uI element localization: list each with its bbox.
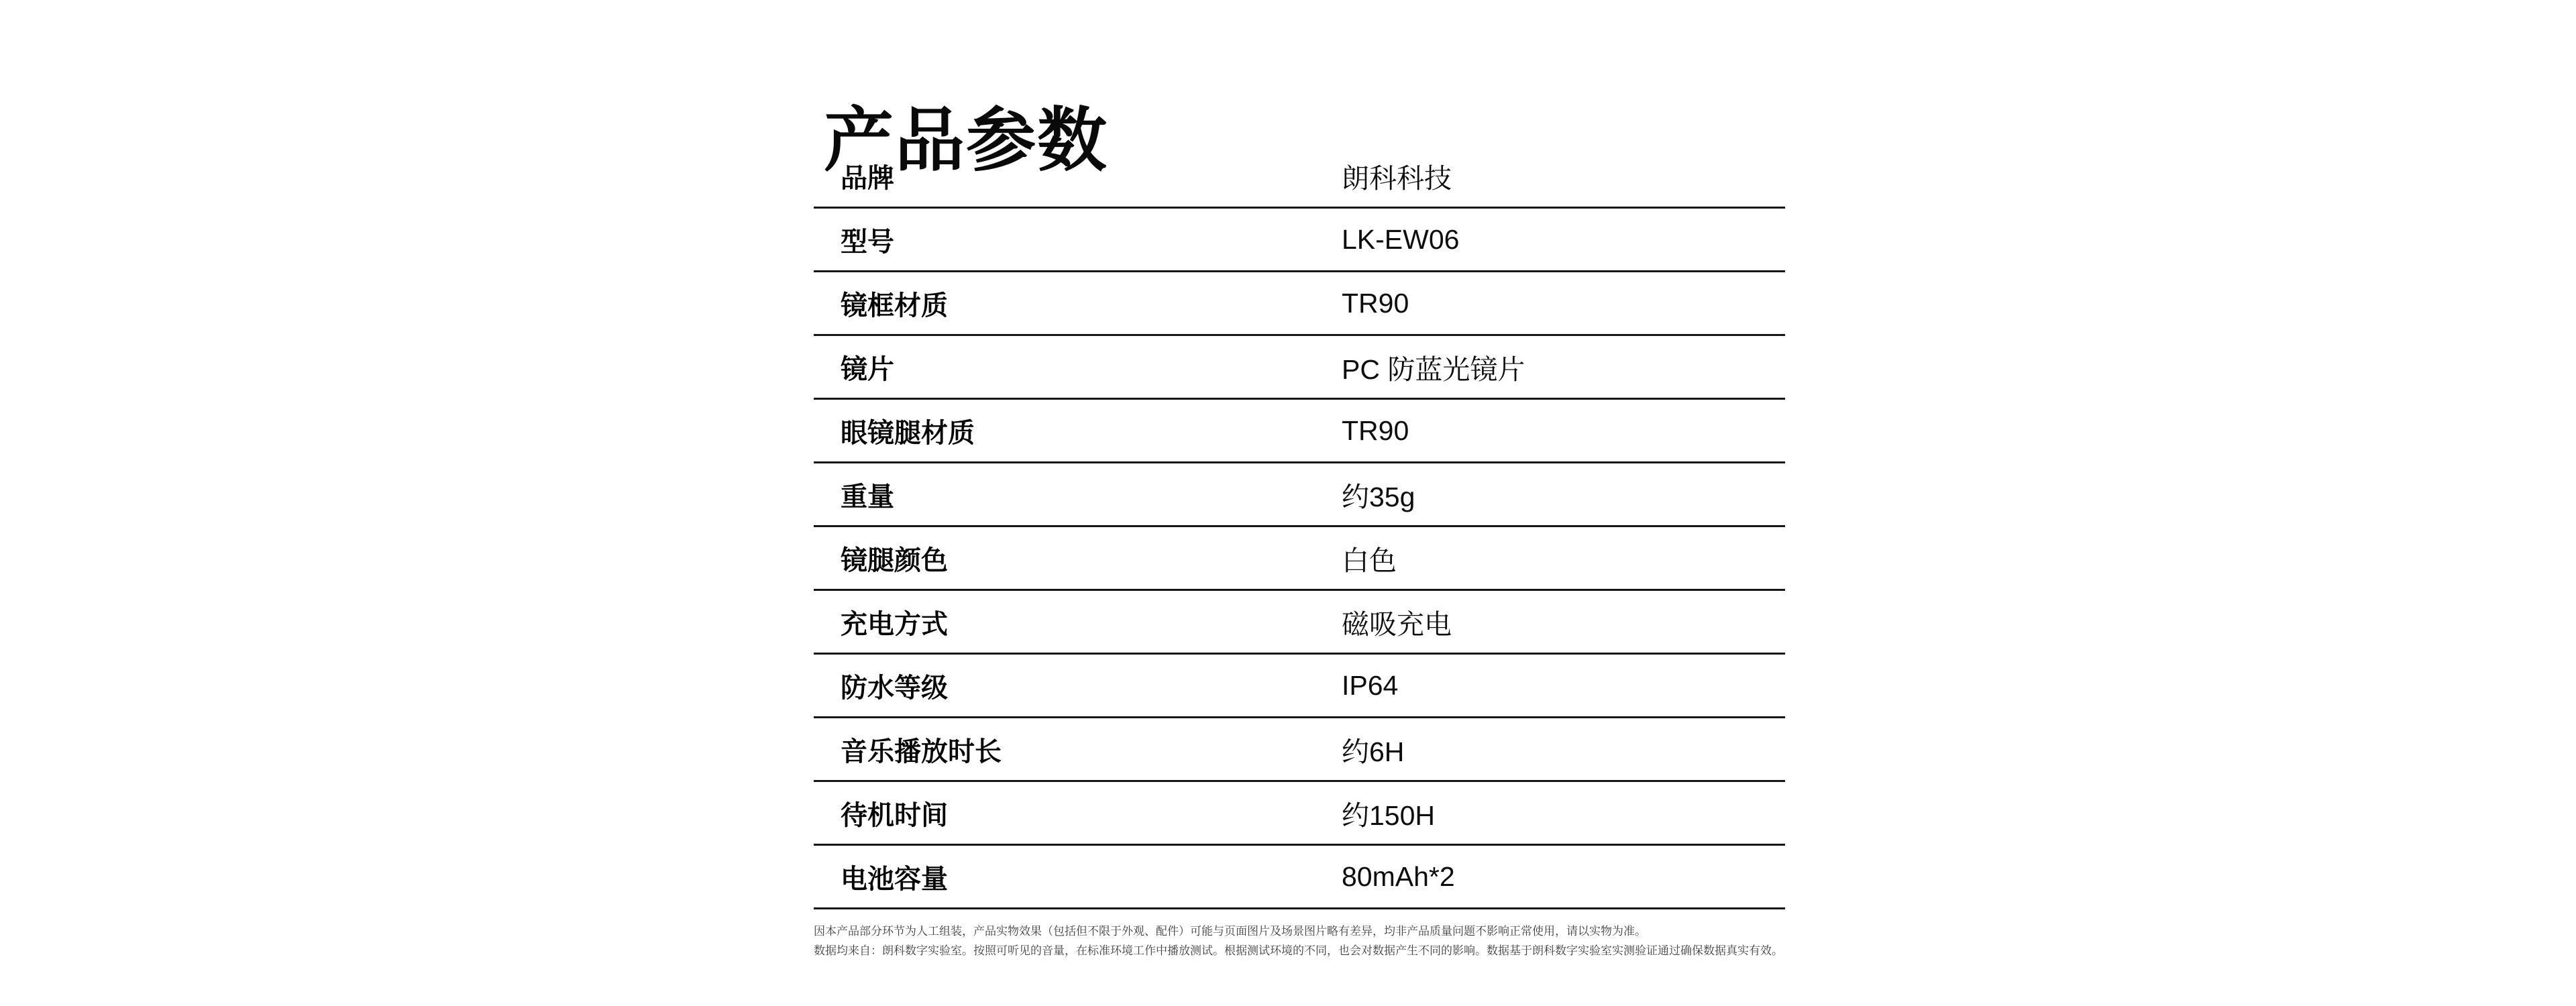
- disclaimer-line-2: 数据均来自：朗科数字实验室。按照可听见的音量，在标准环境工作中播放测试。根据测试…: [814, 941, 1783, 960]
- spec-label: 防水等级: [814, 667, 1342, 705]
- table-row: 防水等级IP64: [814, 655, 1785, 718]
- spec-label: 镜框材质: [814, 284, 1342, 323]
- table-row: 镜腿颜色白色: [814, 527, 1785, 591]
- spec-value: 磁吸充电: [1342, 602, 1785, 642]
- footer-disclaimer: 因本产品部分环节为人工组装，产品实物效果（包括但不限于外观、配件）可能与页面图片…: [814, 921, 1783, 960]
- spec-value: 朗科科技: [1342, 156, 1785, 196]
- spec-value: 约35g: [1342, 475, 1785, 514]
- spec-label: 电池容量: [814, 858, 1342, 896]
- table-row: 重量约35g: [814, 463, 1785, 527]
- table-row: 电池容量80mAh*2: [814, 846, 1785, 909]
- spec-value: 约6H: [1342, 730, 1785, 769]
- spec-label: 镜腿颜色: [814, 539, 1342, 577]
- spec-value: LK-EW06: [1342, 224, 1785, 256]
- spec-label: 眼镜腿材质: [814, 412, 1342, 450]
- product-parameters-page: 产品参数 品牌朗科科技型号LK-EW06镜框材质TR90镜片PC 防蓝光镜片眼镜…: [0, 0, 2576, 1006]
- table-row: 待机时间约150H: [814, 782, 1785, 846]
- table-row: 型号LK-EW06: [814, 209, 1785, 272]
- spec-value: TR90: [1342, 288, 1785, 319]
- spec-label: 型号: [814, 221, 1342, 259]
- spec-label: 镜片: [814, 348, 1342, 386]
- table-row: 眼镜腿材质TR90: [814, 400, 1785, 463]
- spec-label: 待机时间: [814, 794, 1342, 832]
- spec-value: IP64: [1342, 670, 1785, 702]
- table-row: 镜框材质TR90: [814, 272, 1785, 336]
- spec-value: TR90: [1342, 415, 1785, 447]
- table-row: 品牌朗科科技: [814, 145, 1785, 209]
- spec-label: 重量: [814, 476, 1342, 514]
- spec-label: 音乐播放时长: [814, 730, 1342, 769]
- table-row: 镜片PC 防蓝光镜片: [814, 336, 1785, 400]
- spec-value: 白色: [1342, 539, 1785, 578]
- table-row: 音乐播放时长约6H: [814, 718, 1785, 782]
- disclaimer-line-1: 因本产品部分环节为人工组装，产品实物效果（包括但不限于外观、配件）可能与页面图片…: [814, 921, 1783, 941]
- spec-label: 品牌: [814, 157, 1342, 195]
- spec-value: 80mAh*2: [1342, 861, 1785, 893]
- spec-label: 充电方式: [814, 603, 1342, 641]
- table-row: 充电方式磁吸充电: [814, 591, 1785, 655]
- spec-value: 约150H: [1342, 793, 1785, 833]
- spec-value: PC 防蓝光镜片: [1342, 347, 1785, 387]
- spec-table: 品牌朗科科技型号LK-EW06镜框材质TR90镜片PC 防蓝光镜片眼镜腿材质TR…: [814, 145, 1785, 909]
